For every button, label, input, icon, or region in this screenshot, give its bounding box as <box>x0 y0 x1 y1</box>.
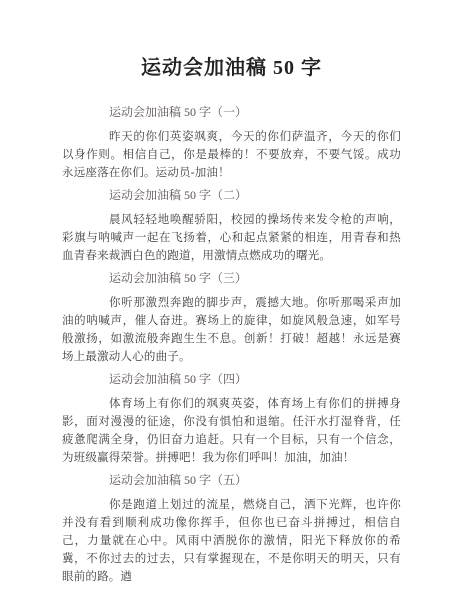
section-body-1: 昨天的你们英姿飒爽，今天的你们萨温齐，今天的你们以身作则。相信自己，你是最棒的！… <box>62 128 401 182</box>
section-3: 运动会加油稿 50 字（三） 你听那激烈奔跑的脚步声，震撼大地。你听那喝采声加油… <box>62 271 401 366</box>
section-heading-3: 运动会加油稿 50 字（三） <box>109 271 401 285</box>
section-body-2: 晨风轻轻地唤醒骄阳，校园的操场传来发令枪的声响，彩旗与呐喊声一起在飞扬着，心和起… <box>62 211 401 265</box>
document-title: 运动会加油稿 50 字 <box>62 56 401 80</box>
section-heading-5: 运动会加油稿 50 字（五） <box>109 473 401 487</box>
section-body-4: 体育场上有你们的飒爽英姿，体育场上有你们的拼搏身影，面对漫漫的征途，你没有惧怕和… <box>62 395 401 467</box>
section-heading-4: 运动会加油稿 50 字（四） <box>109 372 401 386</box>
section-5: 运动会加油稿 50 字（五） 你是跑道上划过的流星，燃烧自己，洒下光辉，也许你并… <box>62 473 401 586</box>
section-heading-1: 运动会加油稿 50 字（一） <box>109 105 401 119</box>
section-heading-2: 运动会加油稿 50 字（二） <box>109 188 401 202</box>
section-2: 运动会加油稿 50 字（二） 晨风轻轻地唤醒骄阳，校园的操场传来发令枪的声响，彩… <box>62 188 401 265</box>
section-1: 运动会加油稿 50 字（一） 昨天的你们英姿飒爽，今天的你们萨温齐，今天的你们以… <box>62 105 401 182</box>
section-body-5: 你是跑道上划过的流星，燃烧自己，洒下光辉，也许你并没有看到顺利成功像你挥手，但你… <box>62 496 401 586</box>
section-4: 运动会加油稿 50 字（四） 体育场上有你们的飒爽英姿，体育场上有你们的拼搏身影… <box>62 372 401 467</box>
section-body-3: 你听那激烈奔跑的脚步声，震撼大地。你听那喝采声加油的呐喊声，催人奋进。赛场上的旋… <box>62 294 401 366</box>
document-page: 运动会加油稿 50 字 运动会加油稿 50 字（一） 昨天的你们英姿飒爽，今天的… <box>0 0 463 600</box>
